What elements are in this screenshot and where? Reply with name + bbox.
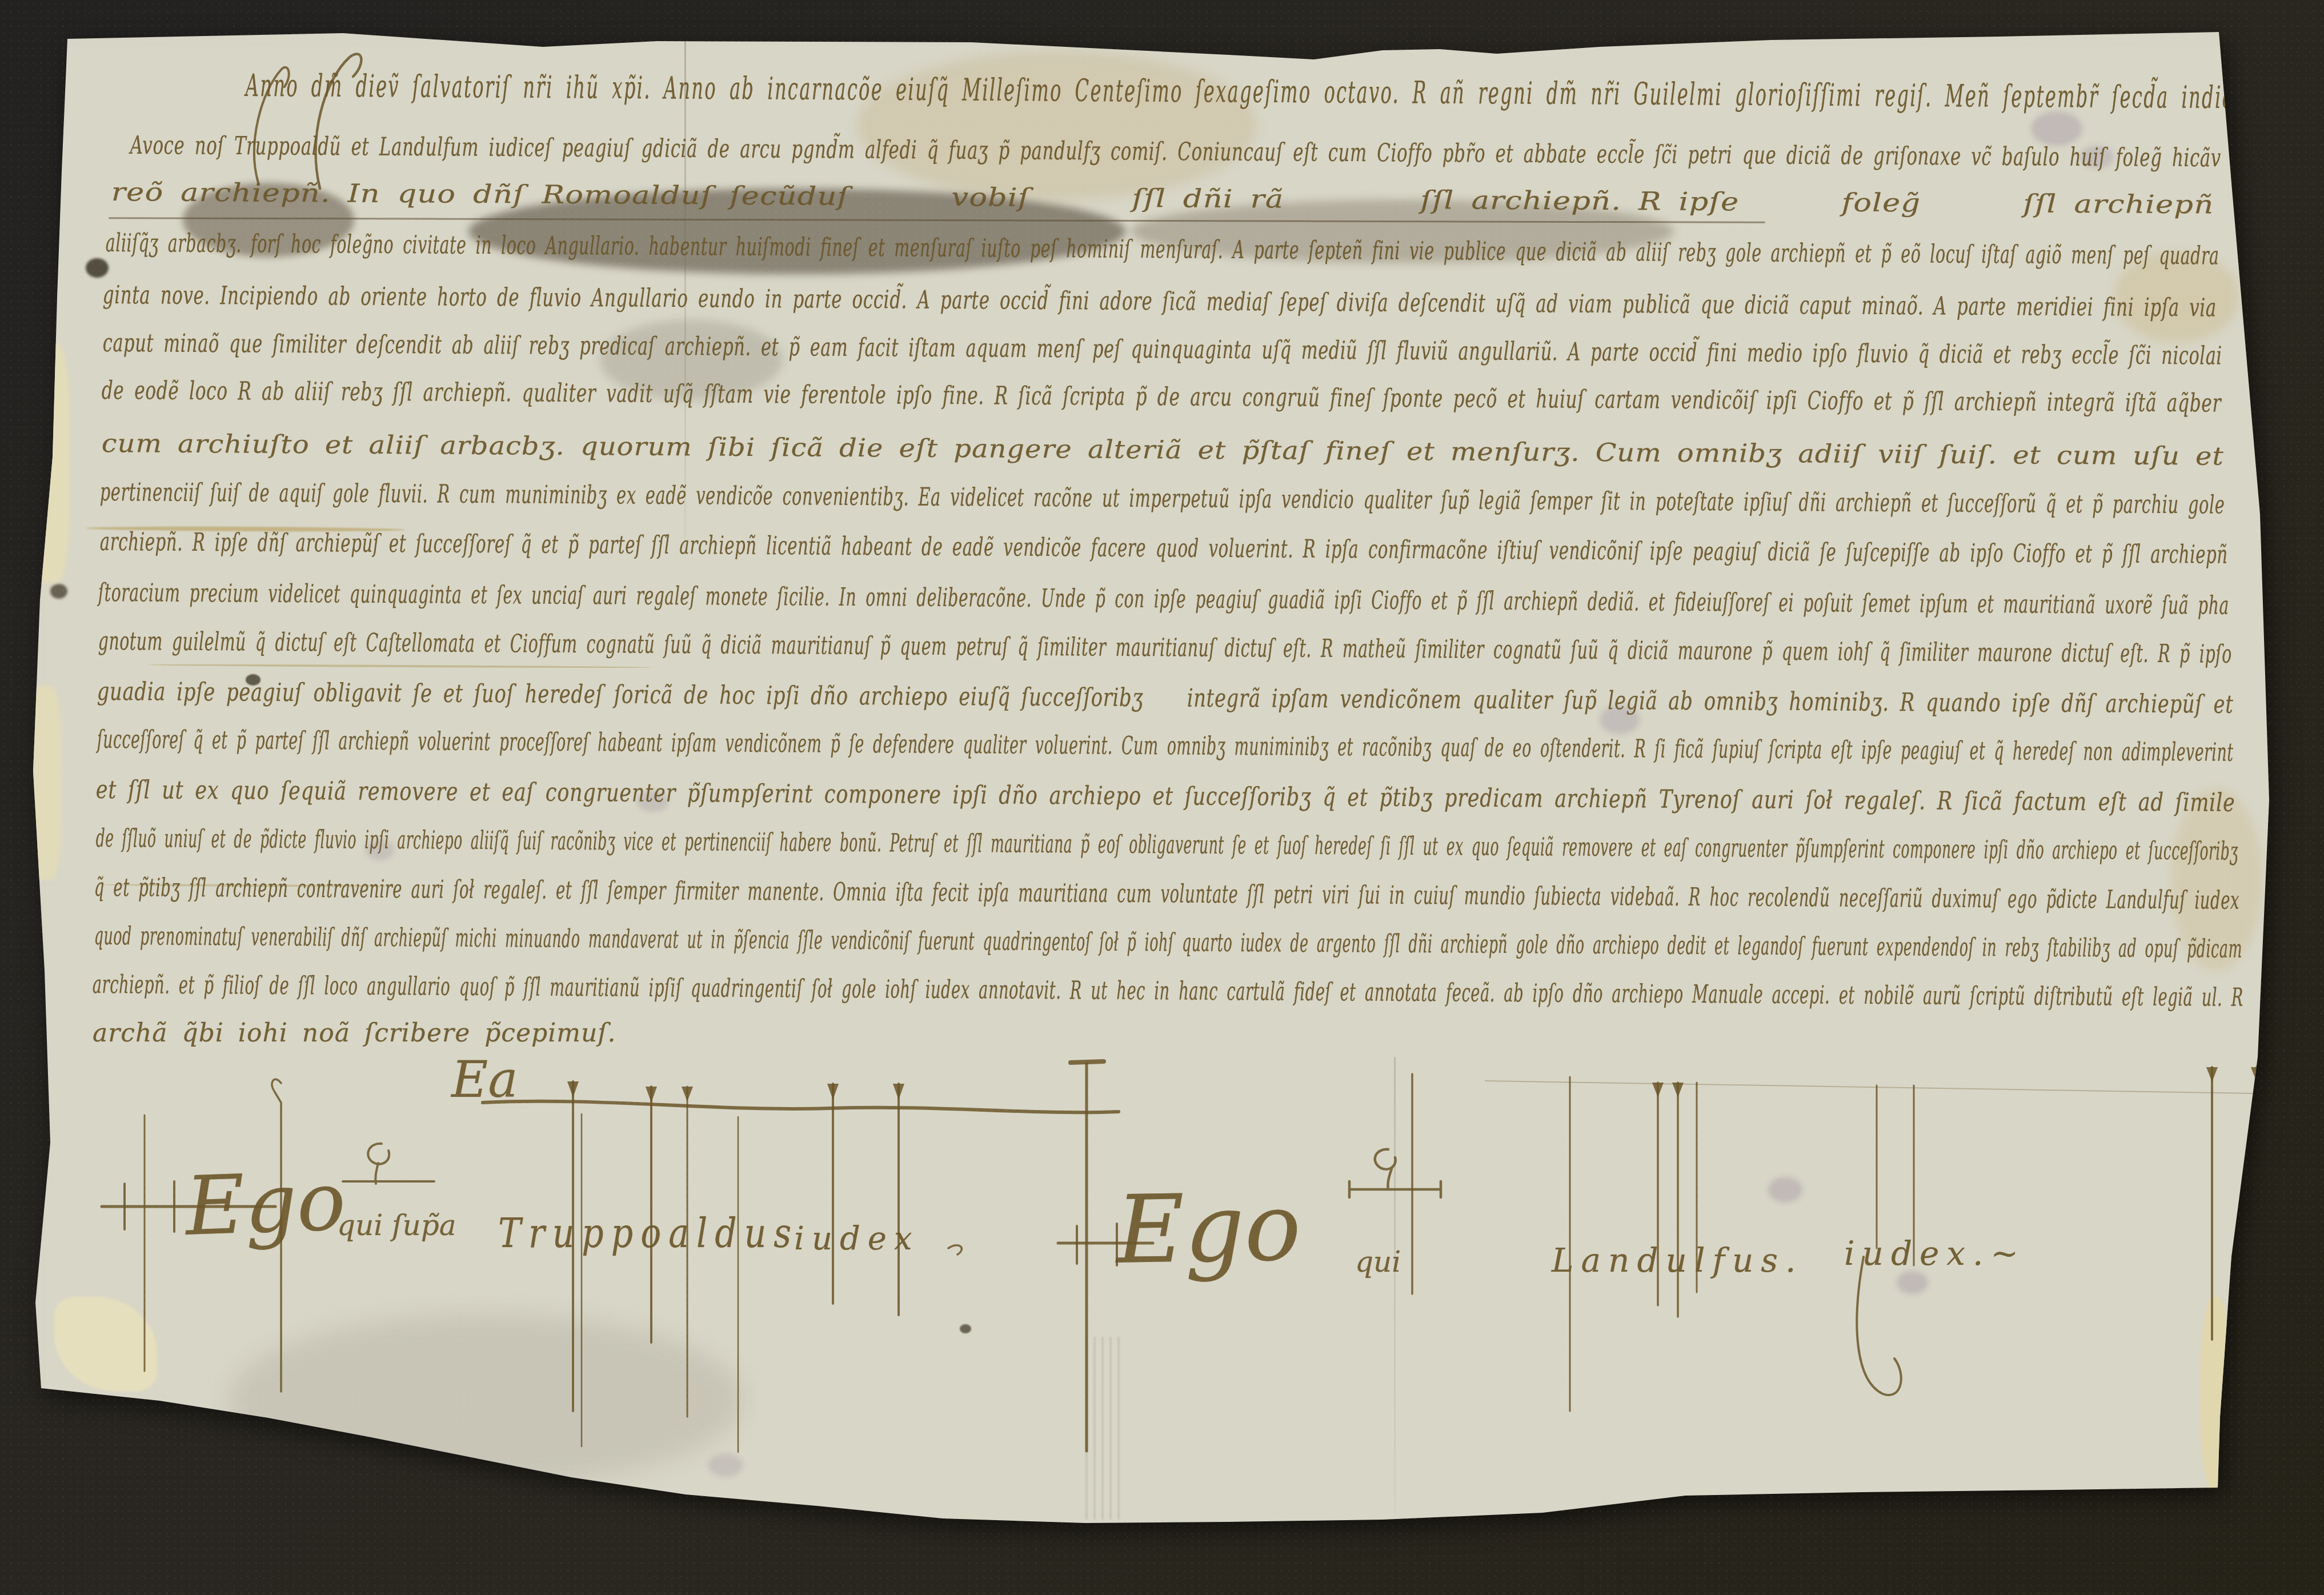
text-line: gnotum guilelmũ q̃ dictuſ eſt Caſtelloma…	[98, 627, 2232, 669]
purple-spot-4	[1768, 1177, 1802, 1203]
signature-qualifier-truppoaldus: qui ſup̃a	[337, 1209, 456, 1242]
ink-blot-4	[960, 1324, 971, 1333]
signature-ego-truppoaldus: Ego	[184, 1154, 347, 1254]
closing-flourish: Ea	[451, 1050, 518, 1109]
purple-spot-1	[2031, 111, 2082, 146]
faint-rule	[1485, 1081, 2288, 1094]
photograph-canvas: Anno dm̃ dieṽ ſalvatoriſ nr̃i ihũ xp̃i. …	[0, 0, 2324, 1595]
text-line: cum archiuſto et aliiſ arbacbʒ. quorum ſ…	[102, 429, 2224, 471]
signature-title-landulfus: iudex.~	[1844, 1234, 2026, 1273]
text-line: pertinenciiſ ſuiſ de aquiſ gole fluvii. …	[100, 478, 2225, 520]
bottom-shadow	[229, 1314, 743, 1485]
signature-name-landulfus: Landulfus.	[1552, 1241, 1804, 1280]
signature-name-truppoaldus: Truppoaldus	[498, 1210, 799, 1257]
repair-patch-left-1	[30, 343, 70, 583]
ink-blot-2	[86, 258, 109, 278]
vertical-crease-2	[1394, 1057, 1396, 1514]
text-line: ginta nove. Incipiendo ab oriente horto …	[103, 280, 2217, 323]
vertical-crease-3	[1085, 1337, 1120, 1520]
text-line: archiepñ. R ipſe dñſ archiepũſ et ſucceſ…	[100, 527, 2228, 570]
text-line: Avoce noſ Truppoaldũ et Landulfum iudice…	[130, 131, 2221, 173]
repair-patch-bottom-left	[54, 1297, 157, 1391]
repair-patch-left-2	[27, 686, 62, 880]
abbreviation-flourish-icon	[1349, 1149, 1441, 1197]
text-line: archã q̃bi iohi noã ſcribere p̃cepimuſ.	[93, 1019, 616, 1048]
text-line: ſucceſſoreſ q̃ et p̃ parteſ ſſl archiepñ…	[97, 725, 2234, 767]
closing-line	[483, 1101, 1119, 1113]
text-line: de ſſluõ uniuſ et de p̃dicte fluvio ipſi…	[96, 824, 2238, 866]
text-line: de eodẽ loco R ab aliiſ rebʒ ſſl archiep…	[102, 376, 2222, 418]
signature-tail	[1857, 1257, 1901, 1395]
ochre-rule-1	[149, 664, 651, 669]
text-line: q̃ et p̃tibʒ ſſl archiepñ contravenire a…	[94, 873, 2240, 915]
text-line: Anno dm̃ dieṽ ſalvatoriſ nr̃i ihũ xp̃i. …	[246, 67, 2234, 115]
cream-edge-right	[2201, 1297, 2230, 1491]
stroke-wedges	[567, 1067, 2262, 1103]
parchment-wrap: Anno dm̃ dieṽ ſalvatoriſ nr̃i ihũ xp̃i. …	[0, 0, 2324, 1595]
signature-title-truppoaldus: iudex	[794, 1220, 920, 1257]
purple-spot-6	[708, 1454, 743, 1477]
text-line: guadia ipſe peagiuſ obligavit ſe et ſuoſ…	[97, 677, 2234, 719]
abbreviation-flourish-icon	[343, 1144, 434, 1184]
text-line: quod prenominatuſ venerabiliſ dñſ archie…	[94, 921, 2242, 964]
text-line: reõ archiepñ. In quo dñſ Romoalduſ ſecũd…	[111, 178, 2214, 219]
text-line: ſtoracium precium videlicet quinquaginta…	[98, 578, 2229, 620]
text-line: caput minaõ que ſimiliter deſcendit ab a…	[103, 328, 2222, 371]
purple-spot-5	[1897, 1271, 1928, 1294]
text-line: aliiſq̃ʒ arbacbʒ. forſ hoc foleg̃no civi…	[106, 229, 2219, 271]
ink-blot-3	[50, 584, 67, 599]
scratch-line	[109, 217, 1765, 223]
signature-tail	[948, 1245, 961, 1255]
text-line: et ſſl ut ex quo ſequiã removere et eaſ …	[96, 775, 2235, 817]
signature-ego-landulfus: Ego	[1115, 1172, 1302, 1285]
signature-qualifier-landulfus: qui	[1355, 1245, 1401, 1279]
text-line: archiepñ. et p̃ filioſ de ſſl loco angul…	[93, 970, 2243, 1012]
parchment-sheet: Anno dm̃ dieṽ ſalvatoriſ nr̃i ihũ xp̃i. …	[0, 0, 2324, 1595]
